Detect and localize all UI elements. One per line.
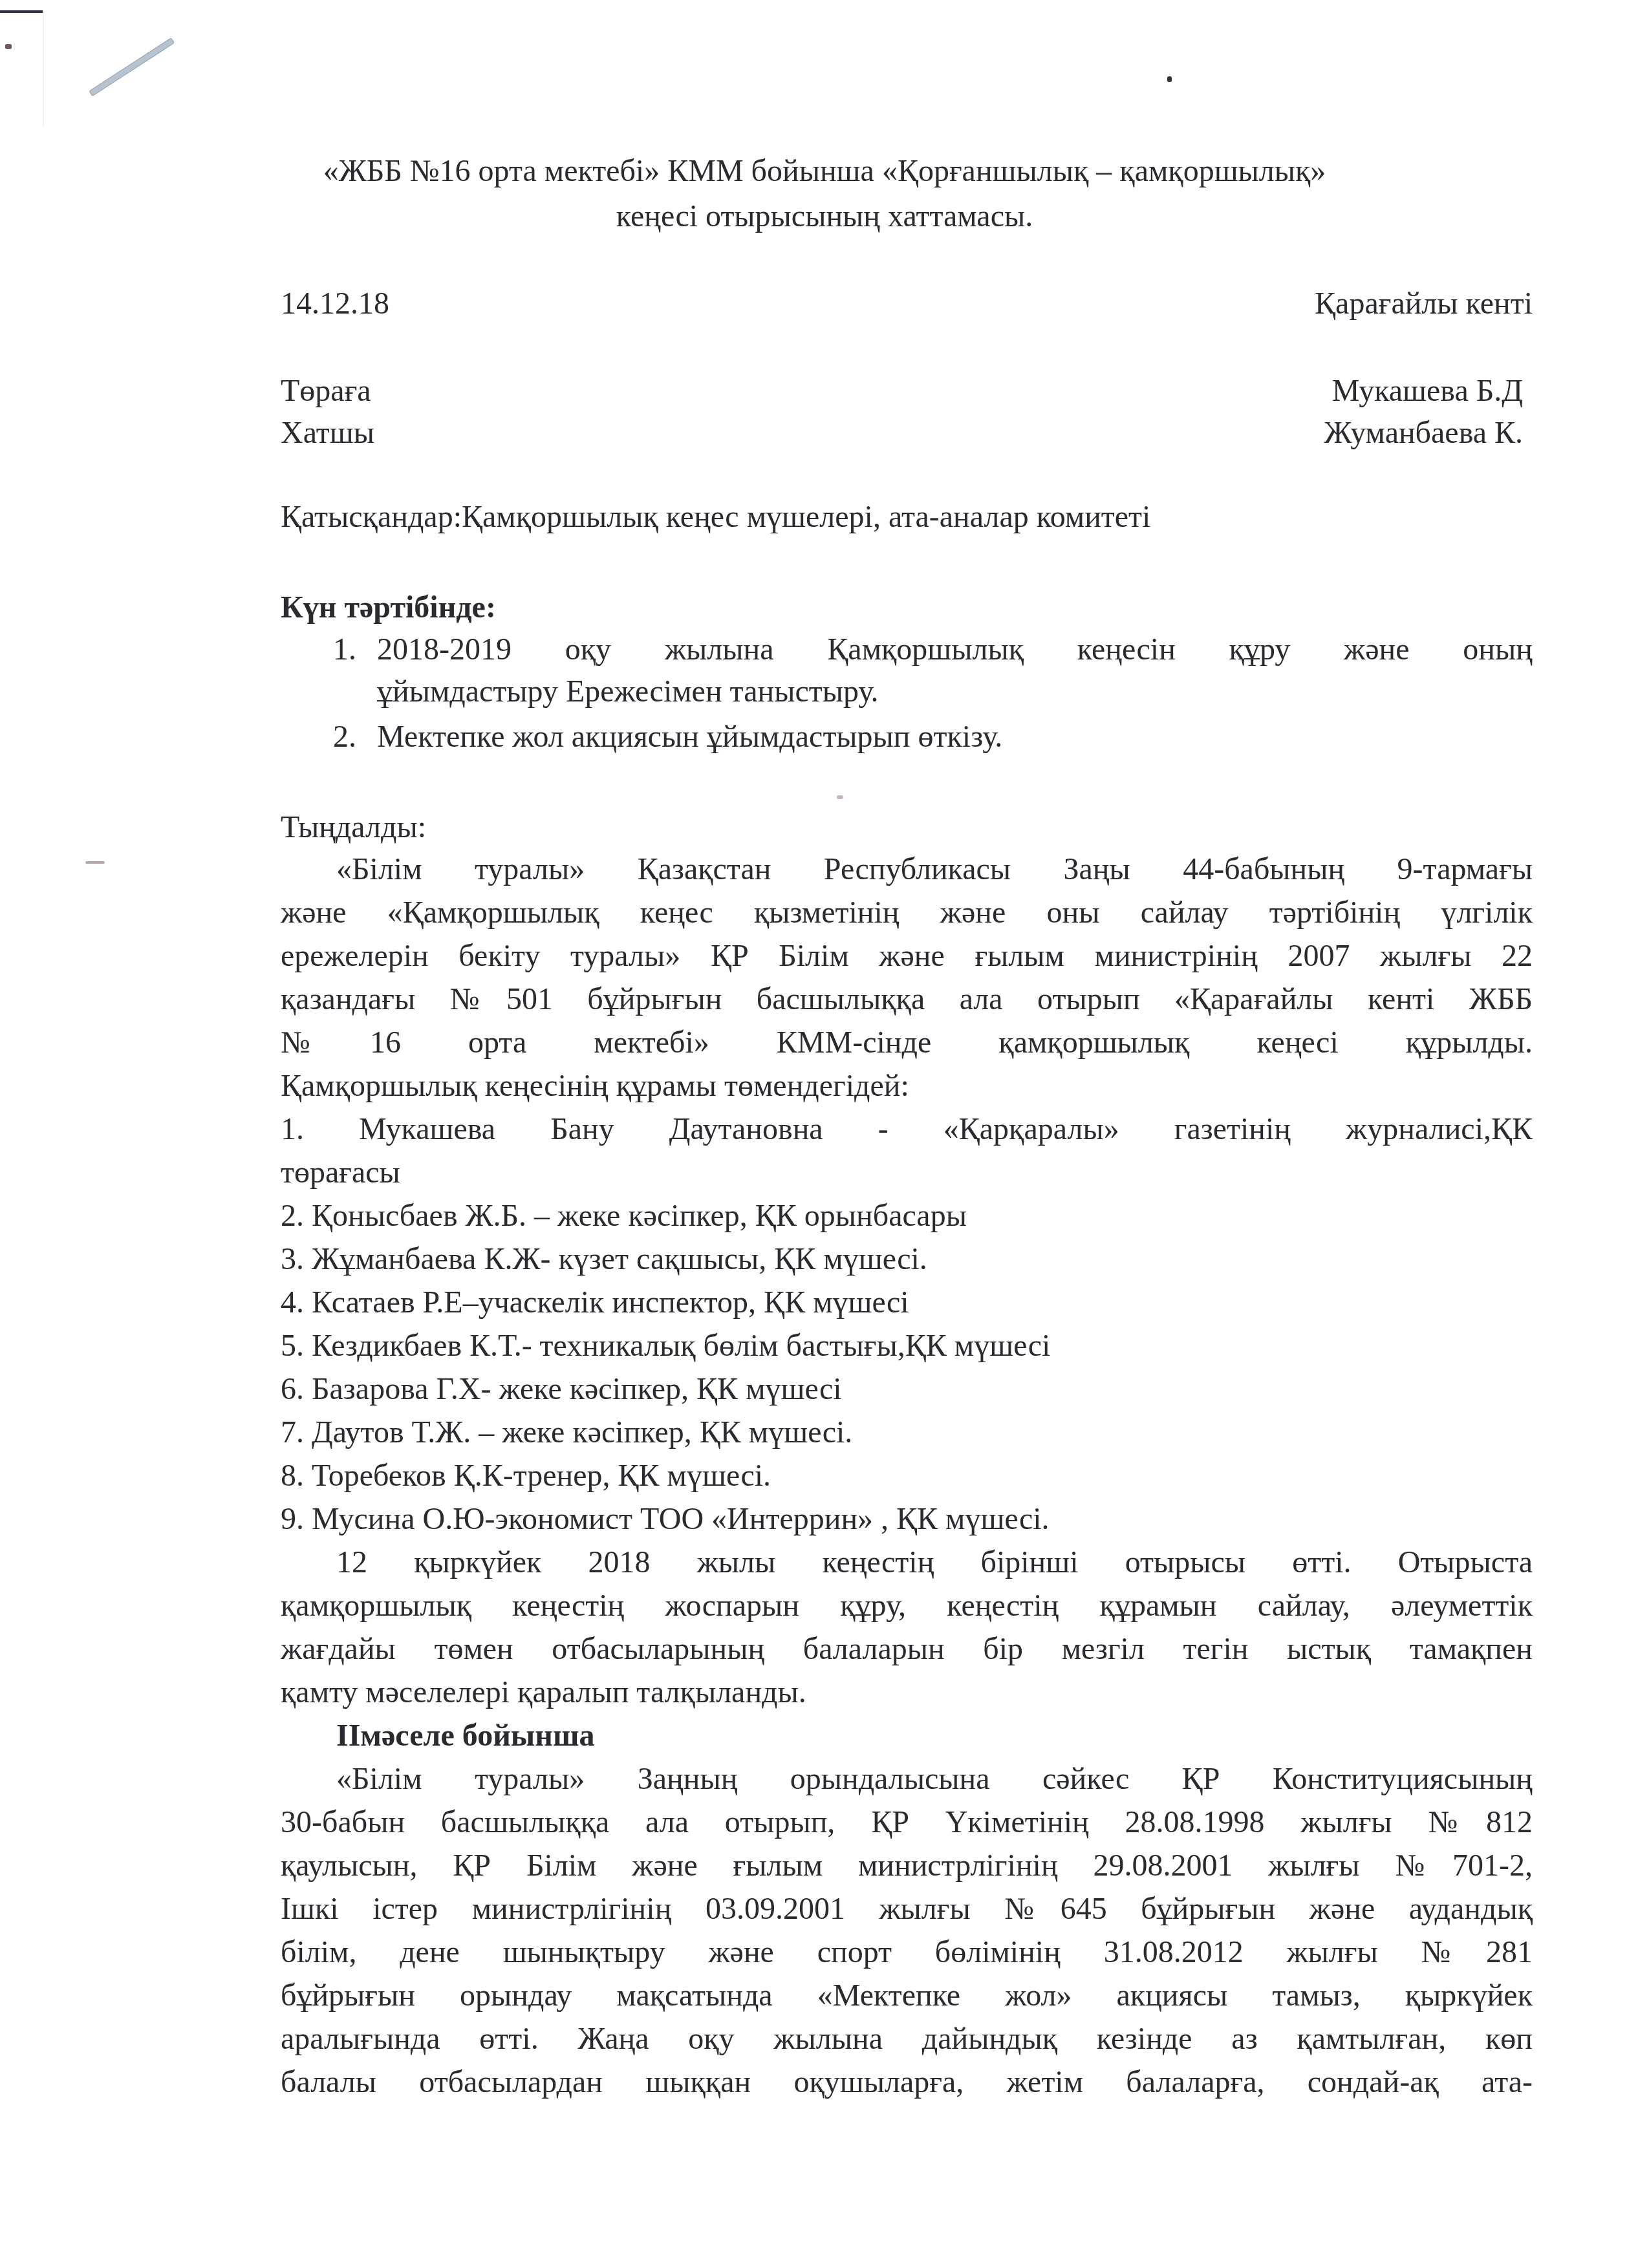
member-item: 8. Торебеков Қ.К-тренер, ҚК мүшесі. [281,1457,1533,1495]
first-meeting-paragraph-line: жағдайы төмен отбасыларының балаларын бі… [281,1630,1533,1669]
member-item: 4. Ксатаев Р.Е–учаскелік инспектор, ҚК м… [281,1283,1533,1322]
issue-2-paragraph-line: бұйрығын орындау мақсатында «Мектепке жо… [281,1976,1533,2015]
heard-paragraph-line: қазандағы №501 бұйрығын басшылыққа ала о… [281,980,1533,1019]
member-item: 9. Мусина О.Ю-экономист ТОО «Интеррин» ,… [281,1500,1533,1539]
scan-speck [837,795,843,799]
document-title-line-2: кеңесі отырысының хаттамасы. [0,197,1649,236]
secretary-label: Хатшы [281,414,669,453]
heard-paragraph-line: Қамқоршылық кеңесінің құрамы төмендегіде… [281,1067,1533,1106]
member-item: 6. Базарова Г.Х- жеке кәсіпкер, ҚК мүшес… [281,1370,1533,1409]
scan-border-mark [0,10,44,13]
issue-2-paragraph-line: Ішкі істер министрлігінің 03.09.2001 жыл… [281,1890,1533,1929]
agenda-item-1-line-2: ұйымдастыру Ережесімен таныстыру. [377,672,1629,711]
member-item: 2. Қонысбаев Ж.Б. – жеке кәсіпкер, ҚК ор… [281,1197,1533,1236]
secretary-name: Жуманбаева К. [970,414,1523,453]
first-meeting-paragraph-line: 12 қыркүйек 2018 жылы кеңестің бірінші о… [336,1543,1533,1582]
agenda-item-number: 1. [333,630,372,669]
agenda-item-number: 2. [333,718,372,756]
agenda-item-1-line-1: 2018-2019 оқу жылына Қамқоршылық кеңесін… [377,630,1533,669]
scan-staple-mark [89,37,175,96]
issue-2-paragraph-line: балалы отбасылардан шыққан оқушыларға, ж… [281,2063,1533,2102]
issue-2-paragraph-line: аралығында өтті. Жаңа оқу жылына дайынды… [281,2020,1533,2059]
member-item: 1. Мукашева Бану Даутановна - «Қарқаралы… [281,1110,1533,1149]
member-item: 7. Даутов Т.Ж. – жеке кәсіпкер, ҚК мүшес… [281,1413,1533,1452]
meeting-date: 14.12.18 [281,284,669,323]
agenda-item-2: Мектепке жол акциясын ұйымдастырып өткіз… [377,718,1629,756]
first-meeting-paragraph-line: қамту мәселелері қаралып талқыланды. [281,1673,1533,1712]
issue-2-paragraph-line: «Білім туралы» Заңның орындалысына сәйке… [336,1760,1533,1799]
scan-border-edge [43,10,44,127]
issue-2-paragraph-line: білім, дене шынықтыру және спорт бөлімін… [281,1933,1533,1972]
first-meeting-paragraph-line: қамқоршылық кеңестің жоспарын құру, кеңе… [281,1587,1533,1625]
meeting-place: Қарағайлы кенті [970,284,1533,323]
chair-label: Төраға [281,372,669,411]
member-item: 3. Жұманбаева К.Ж- күзет сақшысы, ҚК мүш… [281,1240,1533,1279]
heard-heading: Тыңдалды: [281,808,1533,847]
participants: Қатысқандар:Қамқоршылық кеңес мүшелері, … [281,498,1533,537]
document-title-line-1: «ЖББ №16 орта мектебі» КММ бойынша «Қорғ… [0,152,1649,191]
scan-speck [85,861,105,864]
member-item-continuation: төрағасы [281,1153,1533,1192]
agenda-heading: Күн тәртібінде: [281,588,1533,627]
issue-2-paragraph-line: 30-бабын басшылыққа ала отырып, ҚР Үкіме… [281,1803,1533,1842]
member-item: 5. Кездикбаев К.Т.- техникалық бөлім бас… [281,1327,1533,1365]
heard-paragraph-line: және «Қамқоршылық кеңес қызметінің және … [281,893,1533,932]
heard-paragraph-line: №16 орта мектебі» КММ-сінде қамқоршылық … [281,1023,1533,1062]
scan-speck [5,44,12,49]
scan-speck [1167,76,1172,82]
heard-paragraph-line: «Білім туралы» Қазақстан Республикасы За… [336,850,1533,889]
issue-2-heading: IIмәселе бойынша [336,1717,1588,1755]
heard-paragraph-line: ережелерін бекіту туралы» ҚР Білім және … [281,937,1533,976]
chair-name: Мукашева Б.Д [970,372,1523,411]
document-page: «ЖББ №16 орта мектебі» КММ бойынша «Қорғ… [0,0,1649,2268]
issue-2-paragraph-line: қаулысын, ҚР Білім және ғылым министрліг… [281,1846,1533,1885]
